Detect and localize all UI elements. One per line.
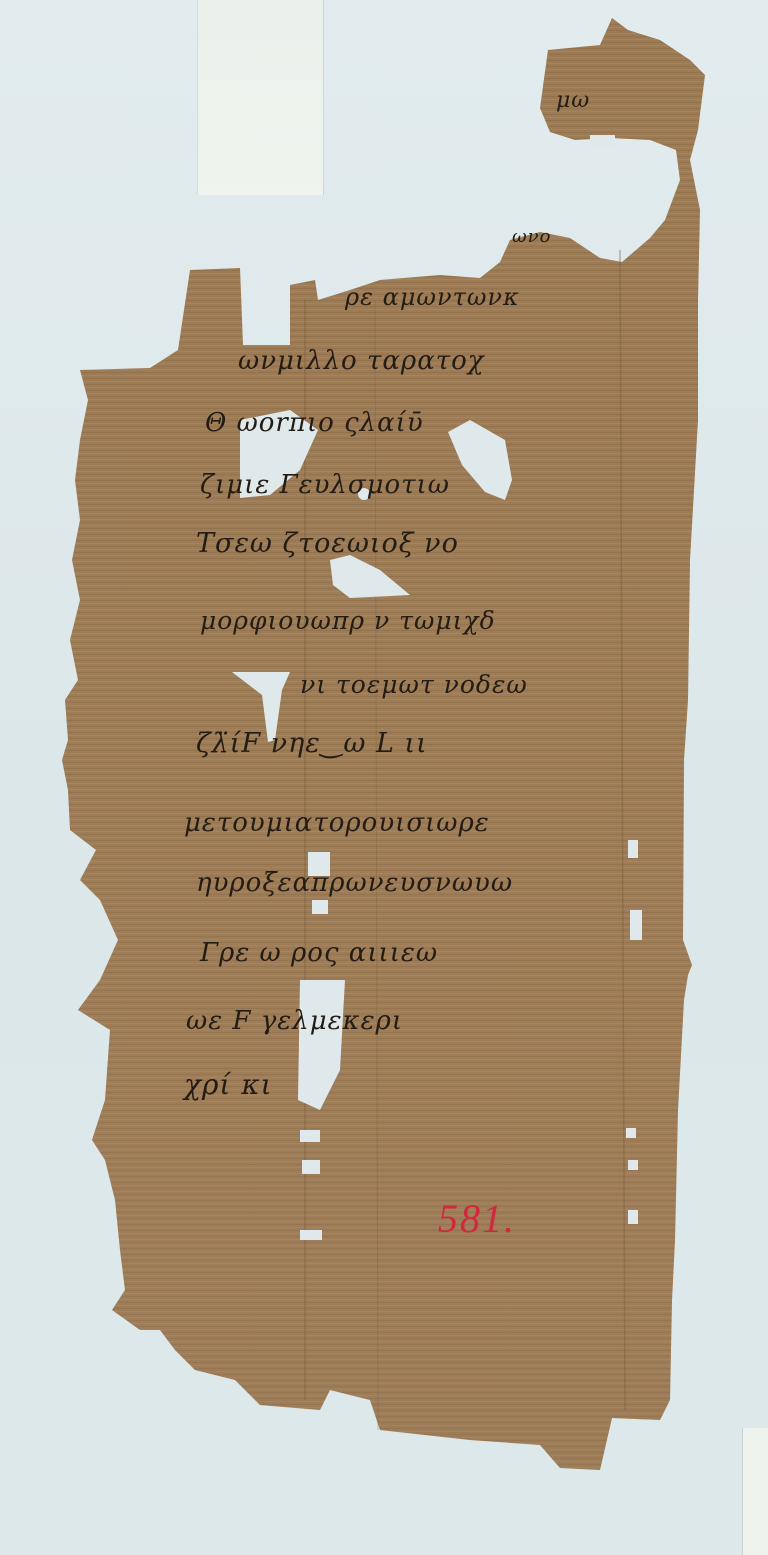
text-line-11: μετουμιατορουισιωρε — [184, 808, 490, 838]
text-line-13: Γρε ω ρος αιιιεω — [200, 938, 438, 968]
text-line-4: ωνμιλλο ταρατοχ — [238, 346, 485, 376]
papyrus-fragment — [0, 0, 768, 1555]
text-line-5: Θ ωοrπιο ςλαίῡ — [205, 408, 424, 438]
text-line-10: ζλ̈ίF νηε‿ω L ιι — [196, 728, 428, 759]
text-line-3: ρε αμωντωνκ — [345, 283, 520, 311]
text-line-8: μορφιουωπρ ν τωμιχδ — [200, 606, 496, 635]
text-line-14: ωε F γελμεκερι — [186, 1006, 403, 1036]
text-line-1: μω — [556, 88, 590, 113]
text-line-6: ζιμιε Γευλσμοτιω — [200, 470, 450, 500]
text-line-15: χρί κι — [184, 1068, 273, 1101]
text-line-12: ηυροξεαπρωνευσνωυω — [196, 868, 513, 898]
text-line-2: ωνο — [512, 226, 551, 247]
text-line-7: Τσεω ζτοεωιοξ νο — [196, 528, 459, 559]
text-line-9: νι τοεμωτ νοδεω — [300, 670, 528, 699]
inventory-number: 581. — [438, 1195, 516, 1242]
